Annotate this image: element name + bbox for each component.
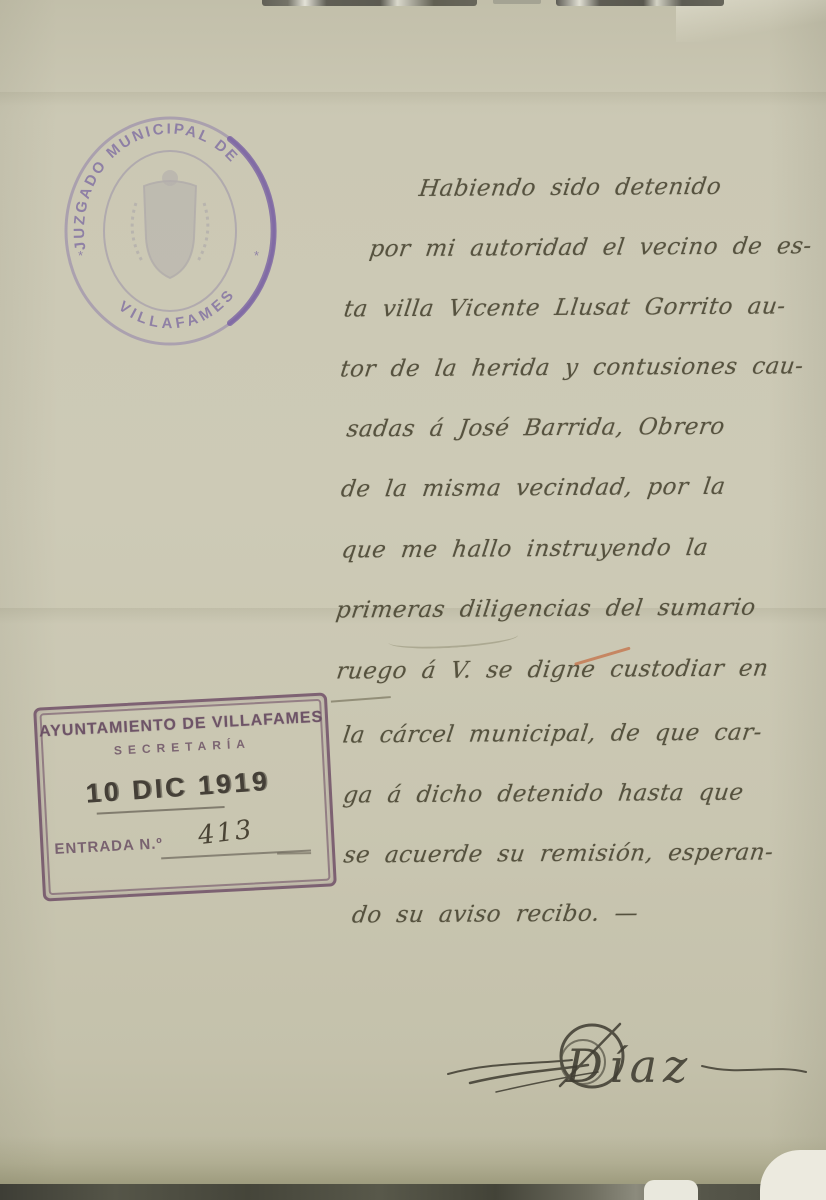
manuscript-line: ga á dicho detenido hasta que [342,780,746,809]
manuscript-line: que me hallo instruyendo la [340,535,710,564]
signature-name: Díaz [565,1039,693,1093]
scan-edge-bottom [0,1184,826,1200]
manuscript-line: ta villa Vicente Llusat Gorrito au- [342,293,787,322]
scan-bottom-white-patch [644,1180,698,1200]
manuscript-line: sadas á José Barrida, Obrero [345,414,726,443]
scan-bottom-shading [0,1136,826,1186]
manuscript-line: por mi autoridad el vecino de es- [368,233,814,262]
underline-flourish [331,692,391,703]
manuscript-line: de la misma vecindad, por la [339,474,727,503]
manuscript-line: primeras diligencias del sumario [334,595,757,624]
underline-flourish [388,626,519,652]
manuscript-line: tor de la herida y contusiones cau- [339,353,806,382]
manuscript-line: ruego á V. se digne custodiar en [335,656,770,685]
manuscript-line: do su aviso recibo. — [350,900,639,928]
manuscript-line: la cárcel municipal, de que car- [341,720,764,749]
scanned-document-page: { "scan": { "paper_color": "#cac7b2", "e… [0,0,826,1200]
manuscript-line: se acuerde su remisión, esperan- [342,839,775,868]
manuscript-line: Habiendo sido detenido [417,174,723,202]
signature-block: Díaz [440,1002,820,1122]
signature-flourish: Díaz [440,1002,820,1122]
